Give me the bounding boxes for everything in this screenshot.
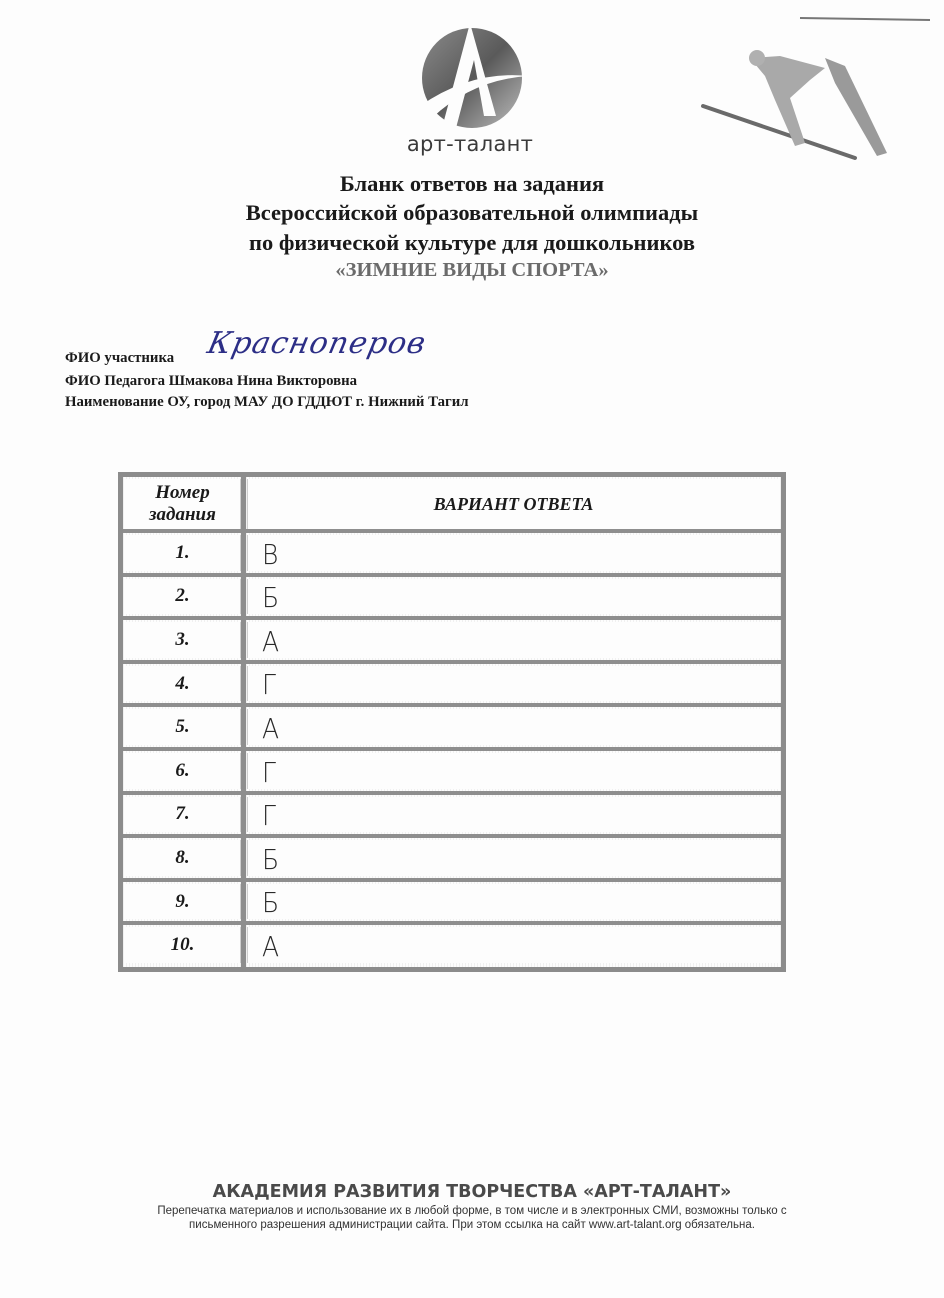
- footer-note-line-1: Перепечатка материалов и использование и…: [0, 1205, 944, 1217]
- task-number: 2.: [125, 579, 241, 615]
- task-number: 3.: [125, 622, 241, 658]
- header-num-line2: задания: [149, 504, 216, 526]
- table-row: 1.В: [123, 533, 781, 573]
- ski-jumper-illustration: [695, 8, 935, 168]
- teacher-line: ФИО Педагога Шмакова Нина Викторовна: [65, 373, 357, 390]
- art-talant-logo-icon: [412, 18, 532, 138]
- table-row: 7.Г: [123, 795, 781, 835]
- answer-cell[interactable]: Г: [247, 753, 779, 789]
- answer-cell[interactable]: Б: [247, 884, 779, 920]
- handwritten-answer: Г: [262, 669, 276, 701]
- title-line-3: по физической культуре для дошкольников: [0, 230, 944, 256]
- table-row: 3.А: [123, 620, 781, 660]
- handwritten-answer: А: [262, 713, 279, 745]
- answer-cell[interactable]: Г: [247, 797, 779, 833]
- answers-table: Номер задания ВАРИАНТ ОТВЕТА 1.В2.Б3.А4.…: [118, 472, 786, 972]
- table-row: 4.Г: [123, 664, 781, 704]
- task-number: 6.: [125, 753, 241, 789]
- handwritten-answer: Г: [262, 756, 276, 788]
- answer-cell[interactable]: А: [247, 709, 779, 745]
- footer-note-line-2: письменного разрешения администрации сай…: [0, 1219, 944, 1231]
- title-line-1: Бланк ответов на задания: [0, 171, 944, 197]
- task-number: 9.: [125, 884, 241, 920]
- handwritten-answer: В: [262, 538, 278, 570]
- table-row: 10.А: [123, 925, 781, 965]
- handwritten-answer: А: [262, 625, 279, 657]
- handwritten-answer: Б: [262, 582, 279, 614]
- answer-cell[interactable]: В: [247, 535, 779, 571]
- task-number: 1.: [125, 535, 241, 571]
- handwritten-answer: А: [262, 931, 279, 963]
- header-task-number: Номер задания: [125, 479, 241, 529]
- table-row: 5.А: [123, 707, 781, 747]
- participant-label: ФИО участника: [65, 350, 174, 367]
- header-num-line1: Номер: [155, 482, 210, 504]
- answer-cell[interactable]: Б: [247, 840, 779, 876]
- task-number: 4.: [125, 666, 241, 702]
- task-number: 5.: [125, 709, 241, 745]
- task-number: 10.: [125, 927, 241, 963]
- logo-text: арт-талант: [370, 132, 570, 156]
- table-header-row: Номер задания ВАРИАНТ ОТВЕТА: [123, 477, 781, 531]
- table-row: 9.Б: [123, 882, 781, 922]
- answer-cell[interactable]: Б: [247, 579, 779, 615]
- table-row: 2.Б: [123, 577, 781, 617]
- school-line: Наименование ОУ, город МАУ ДО ГДДЮТ г. Н…: [65, 394, 469, 411]
- task-number: 7.: [125, 797, 241, 833]
- table-row: 6.Г: [123, 751, 781, 791]
- title-line-4: «ЗИМНИЕ ВИДЫ СПОРТА»: [0, 259, 944, 282]
- handwritten-answer: Б: [262, 843, 279, 875]
- footer-title: АКАДЕМИЯ РАЗВИТИЯ ТВОРЧЕСТВА «АРТ-ТАЛАНТ…: [0, 1182, 944, 1202]
- handwritten-answer: Б: [262, 887, 279, 919]
- title-line-2: Всероссийской образовательной олимпиады: [0, 200, 944, 226]
- header-answer-variant: ВАРИАНТ ОТВЕТА: [247, 479, 779, 529]
- task-number: 8.: [125, 840, 241, 876]
- handwritten-answer: Г: [262, 800, 276, 832]
- answer-cell[interactable]: А: [247, 927, 779, 963]
- table-row: 8.Б: [123, 838, 781, 878]
- answer-cell[interactable]: А: [247, 622, 779, 658]
- participant-name-handwritten[interactable]: Красноперов: [204, 326, 429, 361]
- answer-cell[interactable]: Г: [247, 666, 779, 702]
